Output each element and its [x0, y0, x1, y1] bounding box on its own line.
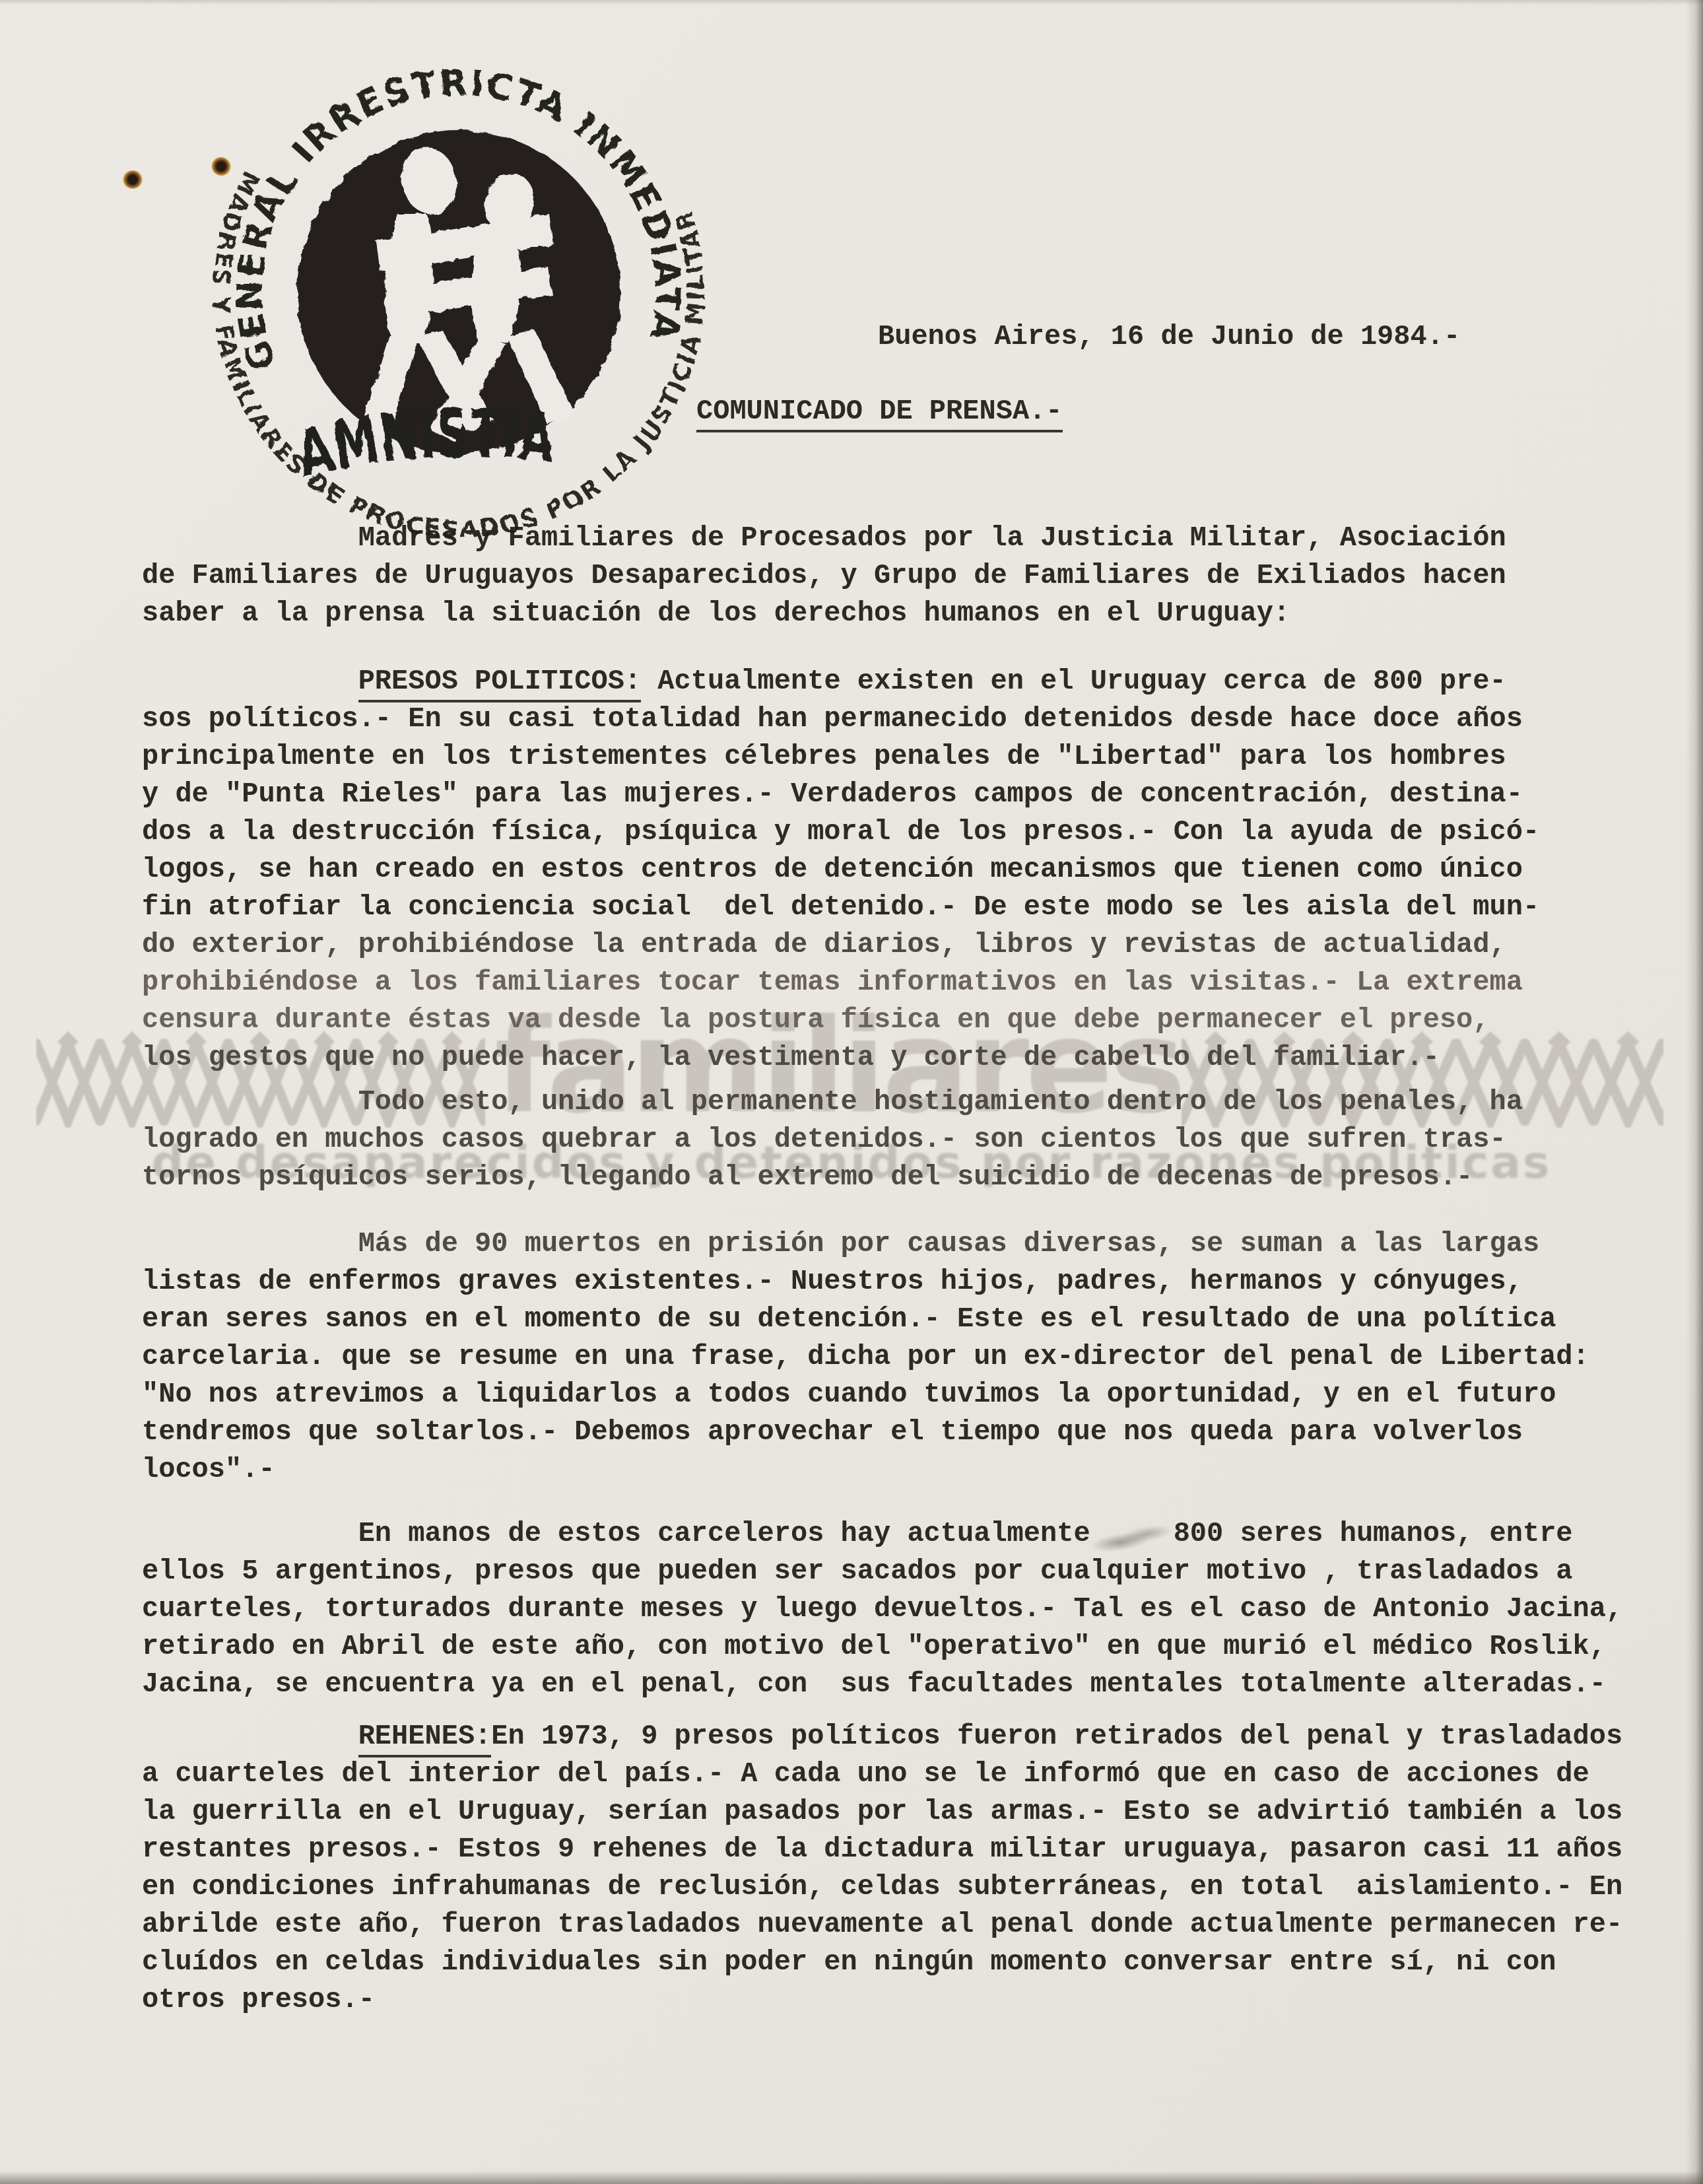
text-line: la guerrilla en el Uruguay, serían pasad… — [142, 1793, 1647, 1831]
scan-edge-bottom — [0, 2171, 1703, 2184]
text-line: dos a la destrucción física, psíquica y … — [142, 813, 1647, 851]
text-line: cuarteles, torturados durante meses y lu… — [142, 1590, 1647, 1628]
paragraph-2: PRESOS POLITICOS: Actualmente existen en… — [142, 663, 1647, 1077]
text-line: logrado en muchos casos quebrar a los de… — [142, 1121, 1647, 1159]
paragraph-3: Todo esto, unido al permanente hostigami… — [142, 1083, 1647, 1196]
text-line: principalmente en los tristementes céleb… — [142, 738, 1647, 776]
text-line: censura durante éstas va desde la postur… — [142, 1002, 1647, 1039]
text-line: abrilde este año, fueron trasladados nue… — [142, 1906, 1647, 1944]
text-line: Más de 90 muertos en prisión por causas … — [142, 1225, 1647, 1263]
text-line: PRESOS POLITICOS: Actualmente existen en… — [142, 663, 1647, 700]
text-line: REHENES:En 1973, 9 presos políticos fuer… — [142, 1718, 1647, 1756]
text-line: listas de enfermos graves existentes.- N… — [142, 1263, 1647, 1301]
text-line: locos".- — [142, 1451, 1647, 1489]
text-line: tendremos que soltarlos.- Debemos aprove… — [142, 1414, 1647, 1451]
text-line: sos políticos.- En su casi totalidad han… — [142, 700, 1647, 738]
text-line: Todo esto, unido al permanente hostigami… — [142, 1083, 1647, 1121]
text-line: restantes presos.- Estos 9 rehenes de la… — [142, 1831, 1647, 1868]
text-line: eran seres sanos en el momento de su det… — [142, 1301, 1647, 1338]
amnistia-stamp: GENERAL IRRESTRICTA INMEDIATA AMNISTIA M… — [86, 34, 812, 615]
text-line: carcelaria. que se resume en una frase, … — [142, 1338, 1647, 1376]
text-line: y de "Punta Rieles" para las mujeres.- V… — [142, 776, 1647, 813]
text-line: otros presos.- — [142, 1981, 1647, 2019]
paragraphs-container: Madres y Familiares de Procesados por la… — [142, 520, 1647, 2019]
text-line: prohibiéndose a los familiares tocar tem… — [142, 964, 1647, 1002]
text-line: en condiciones infrahumanas de reclusión… — [142, 1868, 1647, 1906]
text-line: do exterior, prohibiéndose la entrada de… — [142, 926, 1647, 964]
text-line: En manos de estos carceleros hay actualm… — [142, 1515, 1647, 1553]
text-line: fin atrofiar la conciencia social del de… — [142, 889, 1647, 926]
paragraph-5: En manos de estos carceleros hay actualm… — [142, 1515, 1647, 1703]
text-line: los gestos que no puede hacer, la vestim… — [142, 1039, 1647, 1077]
text-line: logos, se han creado en estos centros de… — [142, 851, 1647, 889]
paragraph-4: Más de 90 muertos en prisión por causas … — [142, 1225, 1647, 1489]
paragraph-6: REHENES:En 1973, 9 presos políticos fuer… — [142, 1718, 1647, 2019]
text-line: retirado en Abril de este año, con motiv… — [142, 1628, 1647, 1666]
document-page: GENERAL IRRESTRICTA INMEDIATA AMNISTIA M… — [0, 0, 1703, 2184]
text-line: ellos 5 argentinos, presos que pueden se… — [142, 1553, 1647, 1590]
text-line: tornos psíquicos serios, llegando al ext… — [142, 1159, 1647, 1196]
text-line: Jacina, se encuentra ya en el penal, con… — [142, 1666, 1647, 1703]
text-line: "No nos atrevimos a liquidarlos a todos … — [142, 1376, 1647, 1414]
text-line: cluídos en celdas individuales sin poder… — [142, 1944, 1647, 1981]
text-line: a cuarteles del interior del país.- A ca… — [142, 1756, 1647, 1793]
underlined-lead: PRESOS POLITICOS: — [358, 665, 641, 702]
underlined-lead: REHENES: — [358, 1721, 492, 1757]
